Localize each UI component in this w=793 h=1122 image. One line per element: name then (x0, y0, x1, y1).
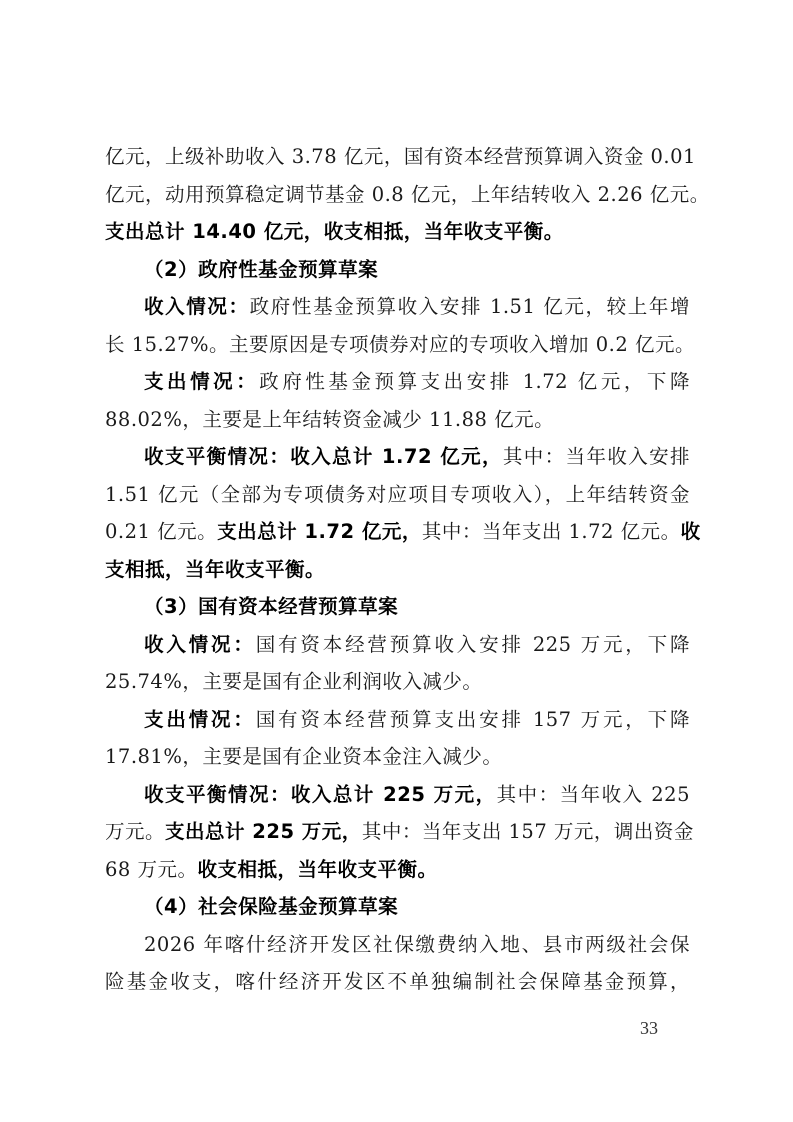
text-bold: 收支相抵，当年收支平衡。 (198, 858, 438, 881)
text: 万元。 (105, 820, 165, 843)
text-line: 收支平衡情况：收入总计 1.72 亿元，其中：当年收入安排 (105, 438, 690, 476)
text-line: 68 万元。收支相抵，当年收支平衡。 (105, 851, 690, 889)
text-line: 支出情况：国有资本经营预算支出安排 157 万元，下降 (105, 701, 690, 739)
text: 0.21 亿元。 (105, 520, 217, 543)
text: 政府性基金预算收入安排 1.51 亿元，较上年增 (250, 295, 690, 318)
text-line: 长 15.27%。主要原因是专项债券对应的专项收入增加 0.2 亿元。 (105, 326, 690, 364)
text-line: 收入情况：国有资本经营预算收入安排 225 万元，下降 (105, 626, 690, 664)
text: 其中：当年支出 1.72 亿元。 (422, 520, 681, 543)
text-line-bold: 支出总计 14.40 亿元，收支相抵，当年收支平衡。 (105, 213, 690, 251)
text-line: 2026 年喀什经济开发区社保缴费纳入地、县市两级社会保 (105, 926, 690, 964)
section-heading-4: （4）社会保险基金预算草案 (105, 888, 690, 926)
text-line: 亿元，动用预算稳定调节基金 0.8 亿元，上年结转收入 2.26 亿元。 (105, 176, 690, 214)
text-line: 25.74%，主要是国有企业利润收入减少。 (105, 663, 690, 701)
text: 68 万元。 (105, 858, 198, 881)
section-heading-2: （2）政府性基金预算草案 (105, 251, 690, 289)
label-balance: 收支平衡情况：收入总计 1.72 亿元， (144, 445, 503, 468)
document-page: 亿元，上级补助收入 3.78 亿元，国有资本经营预算调入资金 0.01 亿元，动… (105, 138, 690, 1001)
text: 其中：当年支出 157 万元，调出资金 (362, 820, 694, 843)
text-bold: 支出总计 1.72 亿元， (217, 520, 422, 543)
text-line: 1.51 亿元（全部为专项债务对应项目专项收入），上年结转资金 (105, 476, 690, 514)
text-line: 收入情况：政府性基金预算收入安排 1.51 亿元，较上年增 (105, 288, 690, 326)
section-heading-3: （3）国有资本经营预算草案 (105, 588, 690, 626)
text-line: 17.81%，主要是国有企业资本金注入减少。 (105, 738, 690, 776)
text-line: 亿元，上级补助收入 3.78 亿元，国有资本经营预算调入资金 0.01 (105, 138, 690, 176)
page-number: 33 (640, 1018, 658, 1039)
label-income: 收入情况： (144, 295, 250, 318)
label-expense: 支出情况： (144, 708, 256, 731)
text-bold: 支出总计 225 万元， (165, 820, 362, 843)
text-line: 0.21 亿元。支出总计 1.72 亿元，其中：当年支出 1.72 亿元。收 (105, 513, 690, 551)
text-line: 万元。支出总计 225 万元，其中：当年支出 157 万元，调出资金 (105, 813, 690, 851)
text-bold: 收 (681, 520, 701, 543)
label-balance: 收支平衡情况：收入总计 225 万元， (144, 783, 497, 806)
text-line: 支出情况：政府性基金预算支出安排 1.72 亿元，下降 (105, 363, 690, 401)
text: 国有资本经营预算支出安排 157 万元，下降 (256, 708, 690, 731)
text: 国有资本经营预算收入安排 225 万元，下降 (256, 633, 690, 656)
text-line-bold: 支相抵，当年收支平衡。 (105, 551, 690, 589)
text-line: 88.02%，主要是上年结转资金减少 11.88 亿元。 (105, 401, 690, 439)
text: 其中：当年收入安排 (503, 445, 690, 468)
text: 政府性基金预算支出安排 1.72 亿元，下降 (259, 370, 690, 393)
label-income: 收入情况： (144, 633, 256, 656)
text-line: 收支平衡情况：收入总计 225 万元，其中：当年收入 225 (105, 776, 690, 814)
label-expense: 支出情况： (144, 370, 259, 393)
text-line: 险基金收支，喀什经济开发区不单独编制社会保障基金预算， (105, 963, 690, 1001)
text: 其中：当年收入 225 (497, 783, 690, 806)
